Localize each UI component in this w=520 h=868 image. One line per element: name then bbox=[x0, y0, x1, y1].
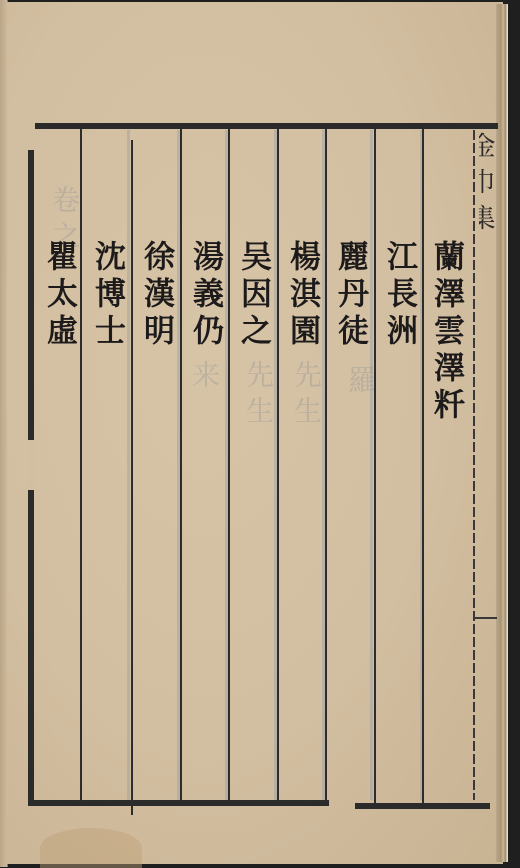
bleed-through-text: 来 bbox=[184, 360, 224, 396]
scanned-page: 卷之 来 先生 先生 羅 金巾集 蘭澤雲澤粁 江長洲 麗丹徒 楊淇園 吴因之 湯… bbox=[0, 0, 520, 867]
column-rule bbox=[374, 129, 376, 804]
frame-top-border bbox=[35, 123, 498, 129]
column-rule bbox=[228, 129, 230, 804]
fold-margin-tick bbox=[473, 617, 497, 619]
text-column: 徐漢明 bbox=[140, 240, 171, 351]
ghost-column-rule bbox=[127, 130, 130, 800]
text-column: 吴因之 bbox=[237, 240, 268, 351]
column-rule bbox=[131, 140, 133, 815]
ghost-column-rule bbox=[370, 130, 373, 800]
text-column: 瞿太虛 bbox=[43, 240, 74, 351]
water-stain bbox=[40, 828, 142, 867]
column-rule bbox=[277, 129, 279, 804]
text-column: 江長洲 bbox=[383, 240, 414, 351]
text-column: 湯義仍 bbox=[189, 240, 220, 351]
column-rule bbox=[80, 129, 82, 804]
column-rule bbox=[180, 129, 182, 804]
fold-margin-title: 金巾集 bbox=[479, 132, 499, 240]
bleed-through-text: 先生 bbox=[238, 360, 278, 432]
text-column: 蘭澤雲澤粁 bbox=[430, 240, 461, 425]
text-column: 麗丹徒 bbox=[334, 240, 365, 351]
bleed-through-text: 先生 bbox=[286, 360, 326, 432]
frame-left-gap bbox=[28, 440, 34, 490]
text-column: 沈博士 bbox=[91, 240, 122, 351]
text-column: 楊淇園 bbox=[286, 240, 317, 351]
column-rule bbox=[422, 129, 424, 804]
fold-margin-rule bbox=[473, 130, 475, 800]
column-rule bbox=[325, 129, 327, 804]
frame-bottom-border bbox=[28, 800, 329, 806]
